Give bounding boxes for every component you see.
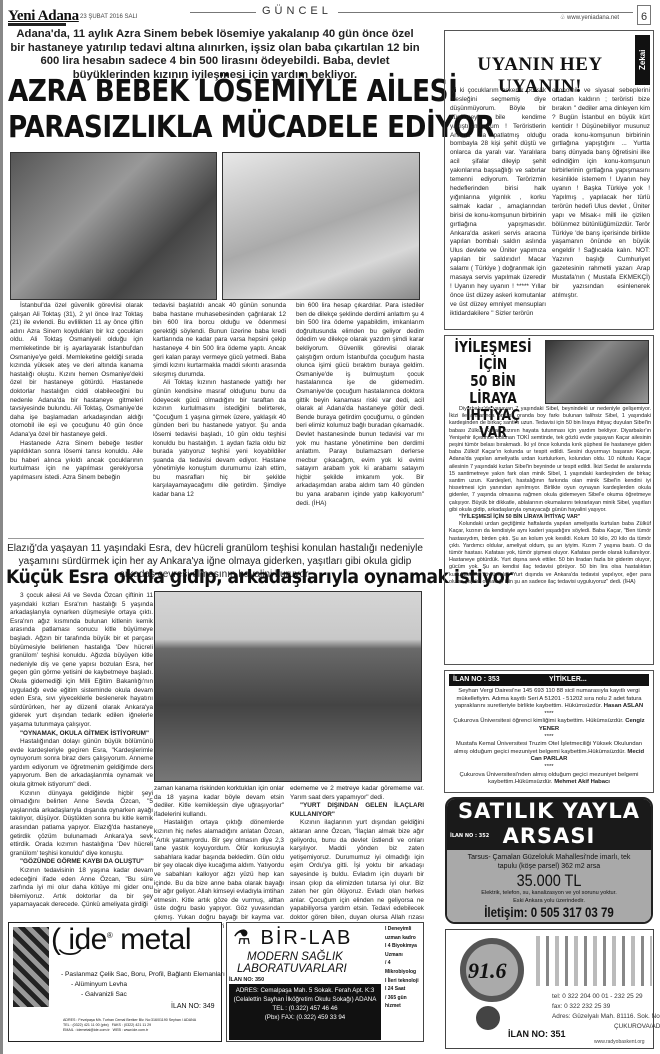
lead-headline: AZRA BEBEK LÖSEMİYLE AİLESİ PARASIZLIKLA… (8, 74, 421, 146)
columnist-name: Zekai BULUÇ (635, 35, 650, 85)
esra-family-photo (154, 591, 422, 782)
page-edge (0, 0, 3, 1054)
ide-logo-icon: (͜ (51, 923, 68, 956)
esra-column-1: 3 çocuk ailesi Ali ve Sevda Özcan çiftin… (10, 592, 153, 910)
baby-hospital-photo (222, 152, 420, 300)
sale-phone: İletişim: 0 505 317 03 79 (462, 905, 635, 920)
metal-contact: ADRES : Fevzipaşa Mh. Turhan Cemal Berik… (63, 1018, 196, 1033)
lab-features: I Deneyimli uzman kadro I 4 Biyokimya Uz… (385, 925, 423, 1011)
header-rule (338, 12, 633, 13)
ilan-number: İLAN NO: 349 (171, 1003, 215, 1010)
ilan-number: İLAN NO: 351 (508, 1029, 566, 1039)
sale-details: Tarsus- Çamalan Güzeloluk Mahallesi'nde … (447, 850, 651, 924)
radio-frequency: 91.6 (468, 958, 507, 984)
decorative-squares (530, 936, 652, 986)
esra-headline: Küçük Esra okula gidip, arkadaşlarıyla o… (6, 566, 512, 588)
ilan-number: İLAN NO: 350 (229, 977, 264, 983)
lab-tagline: MODERN SAĞLIK LABORATUVARLARI (237, 951, 347, 975)
sale-title: SATILIK YAYLA ARSASI İLAN NO : 352 (447, 799, 651, 850)
radio-website[interactable]: www.radyobaskent.org (594, 1039, 645, 1045)
masthead-strip (8, 23, 66, 26)
opinion-column: Zekai BULUÇ UYANIN HEY UYANIN! İyi ki ço… (444, 30, 654, 330)
land-sale-ad[interactable]: SATILIK YAYLA ARSASI İLAN NO : 352 Tarsu… (445, 797, 653, 924)
lab-address-box: ADRES: Cemalpaşa Mah. 5 Sokak. Ferah Apt… (229, 984, 381, 1040)
lab-flask-icon: ⚗ (233, 927, 261, 949)
esra-column-3: edememe ve 2 metreye kadar görememe var.… (290, 785, 424, 940)
globe-icon: ♧ (560, 15, 567, 21)
metal-products-list: - Paslanmaz Çelik Sac, Boru, Profil, Bağ… (61, 970, 225, 1000)
section-title: GÜNCEL (262, 5, 332, 17)
lead-column-1: İstanbul'da özel güvenlik görevlisi olar… (10, 302, 143, 482)
birlab-ad[interactable]: ⚗ BİR-LAB MODERN SAĞLIK LABORATUVARLARI … (226, 922, 424, 1042)
website-link[interactable]: ♧ www.yeniadana.net (560, 14, 619, 21)
sale-price: 35.000 TL (462, 871, 635, 890)
sibel-photo (545, 340, 649, 404)
ilan-number: İLAN NO : 352 (450, 824, 489, 849)
lost-items-list: Seyhan Vergi Dairesi'ne 145 693 110 88 s… (449, 688, 649, 787)
column-text-left: İyi ki çocuklarım askerlik polislik mesl… (450, 87, 546, 319)
birlab-logo: ⚗ BİR-LAB (233, 925, 352, 950)
page-number: 6 (637, 5, 651, 25)
ide-metal-logo: (͜ ide® metal (51, 923, 191, 957)
sibel-body: Diyarbakır'da yaşayan 7 yaşındaki Sibel,… (449, 406, 651, 586)
ide-metal-ad[interactable]: (͜ ide® metal - Paslanmaz Çelik Sac, Bor… (8, 922, 222, 1042)
divider (8, 538, 424, 539)
lead-column-3: bin 600 lira hesap çıkardılar. Para iste… (296, 302, 424, 508)
header-rule (190, 12, 256, 13)
column-text-right: ekonomik ve siyasal sebeplerini ortadan … (552, 87, 650, 301)
metal-products-image (13, 927, 49, 1007)
radio-contact: tel: 0 322 204 00 01 - 232 25 29 fax: 0 … (552, 992, 660, 1032)
sibel-story: İYİLEŞMESİ İÇİN 50 BİN LİRAYA İHTİYAÇ VA… (444, 335, 654, 665)
esra-column-2: zaman kanama riskinden korktukları için … (154, 785, 284, 931)
lost-items-notice: İLAN NO : 353 YİTİKLER... Seyhan Vergi D… (444, 670, 654, 793)
lead-column-2: tedavisi başlatıldı ancak 40 günün sonun… (153, 302, 286, 500)
microphone-icon (476, 1006, 500, 1030)
family-photo (10, 152, 217, 300)
issue-date: 23 ŞUBAT 2016 SALI (80, 14, 137, 20)
lost-items-header: İLAN NO : 353 YİTİKLER... (449, 674, 649, 686)
radio-ad[interactable]: 91.6 tel: 0 322 204 00 01 - 232 25 29 fa… (445, 929, 654, 1049)
